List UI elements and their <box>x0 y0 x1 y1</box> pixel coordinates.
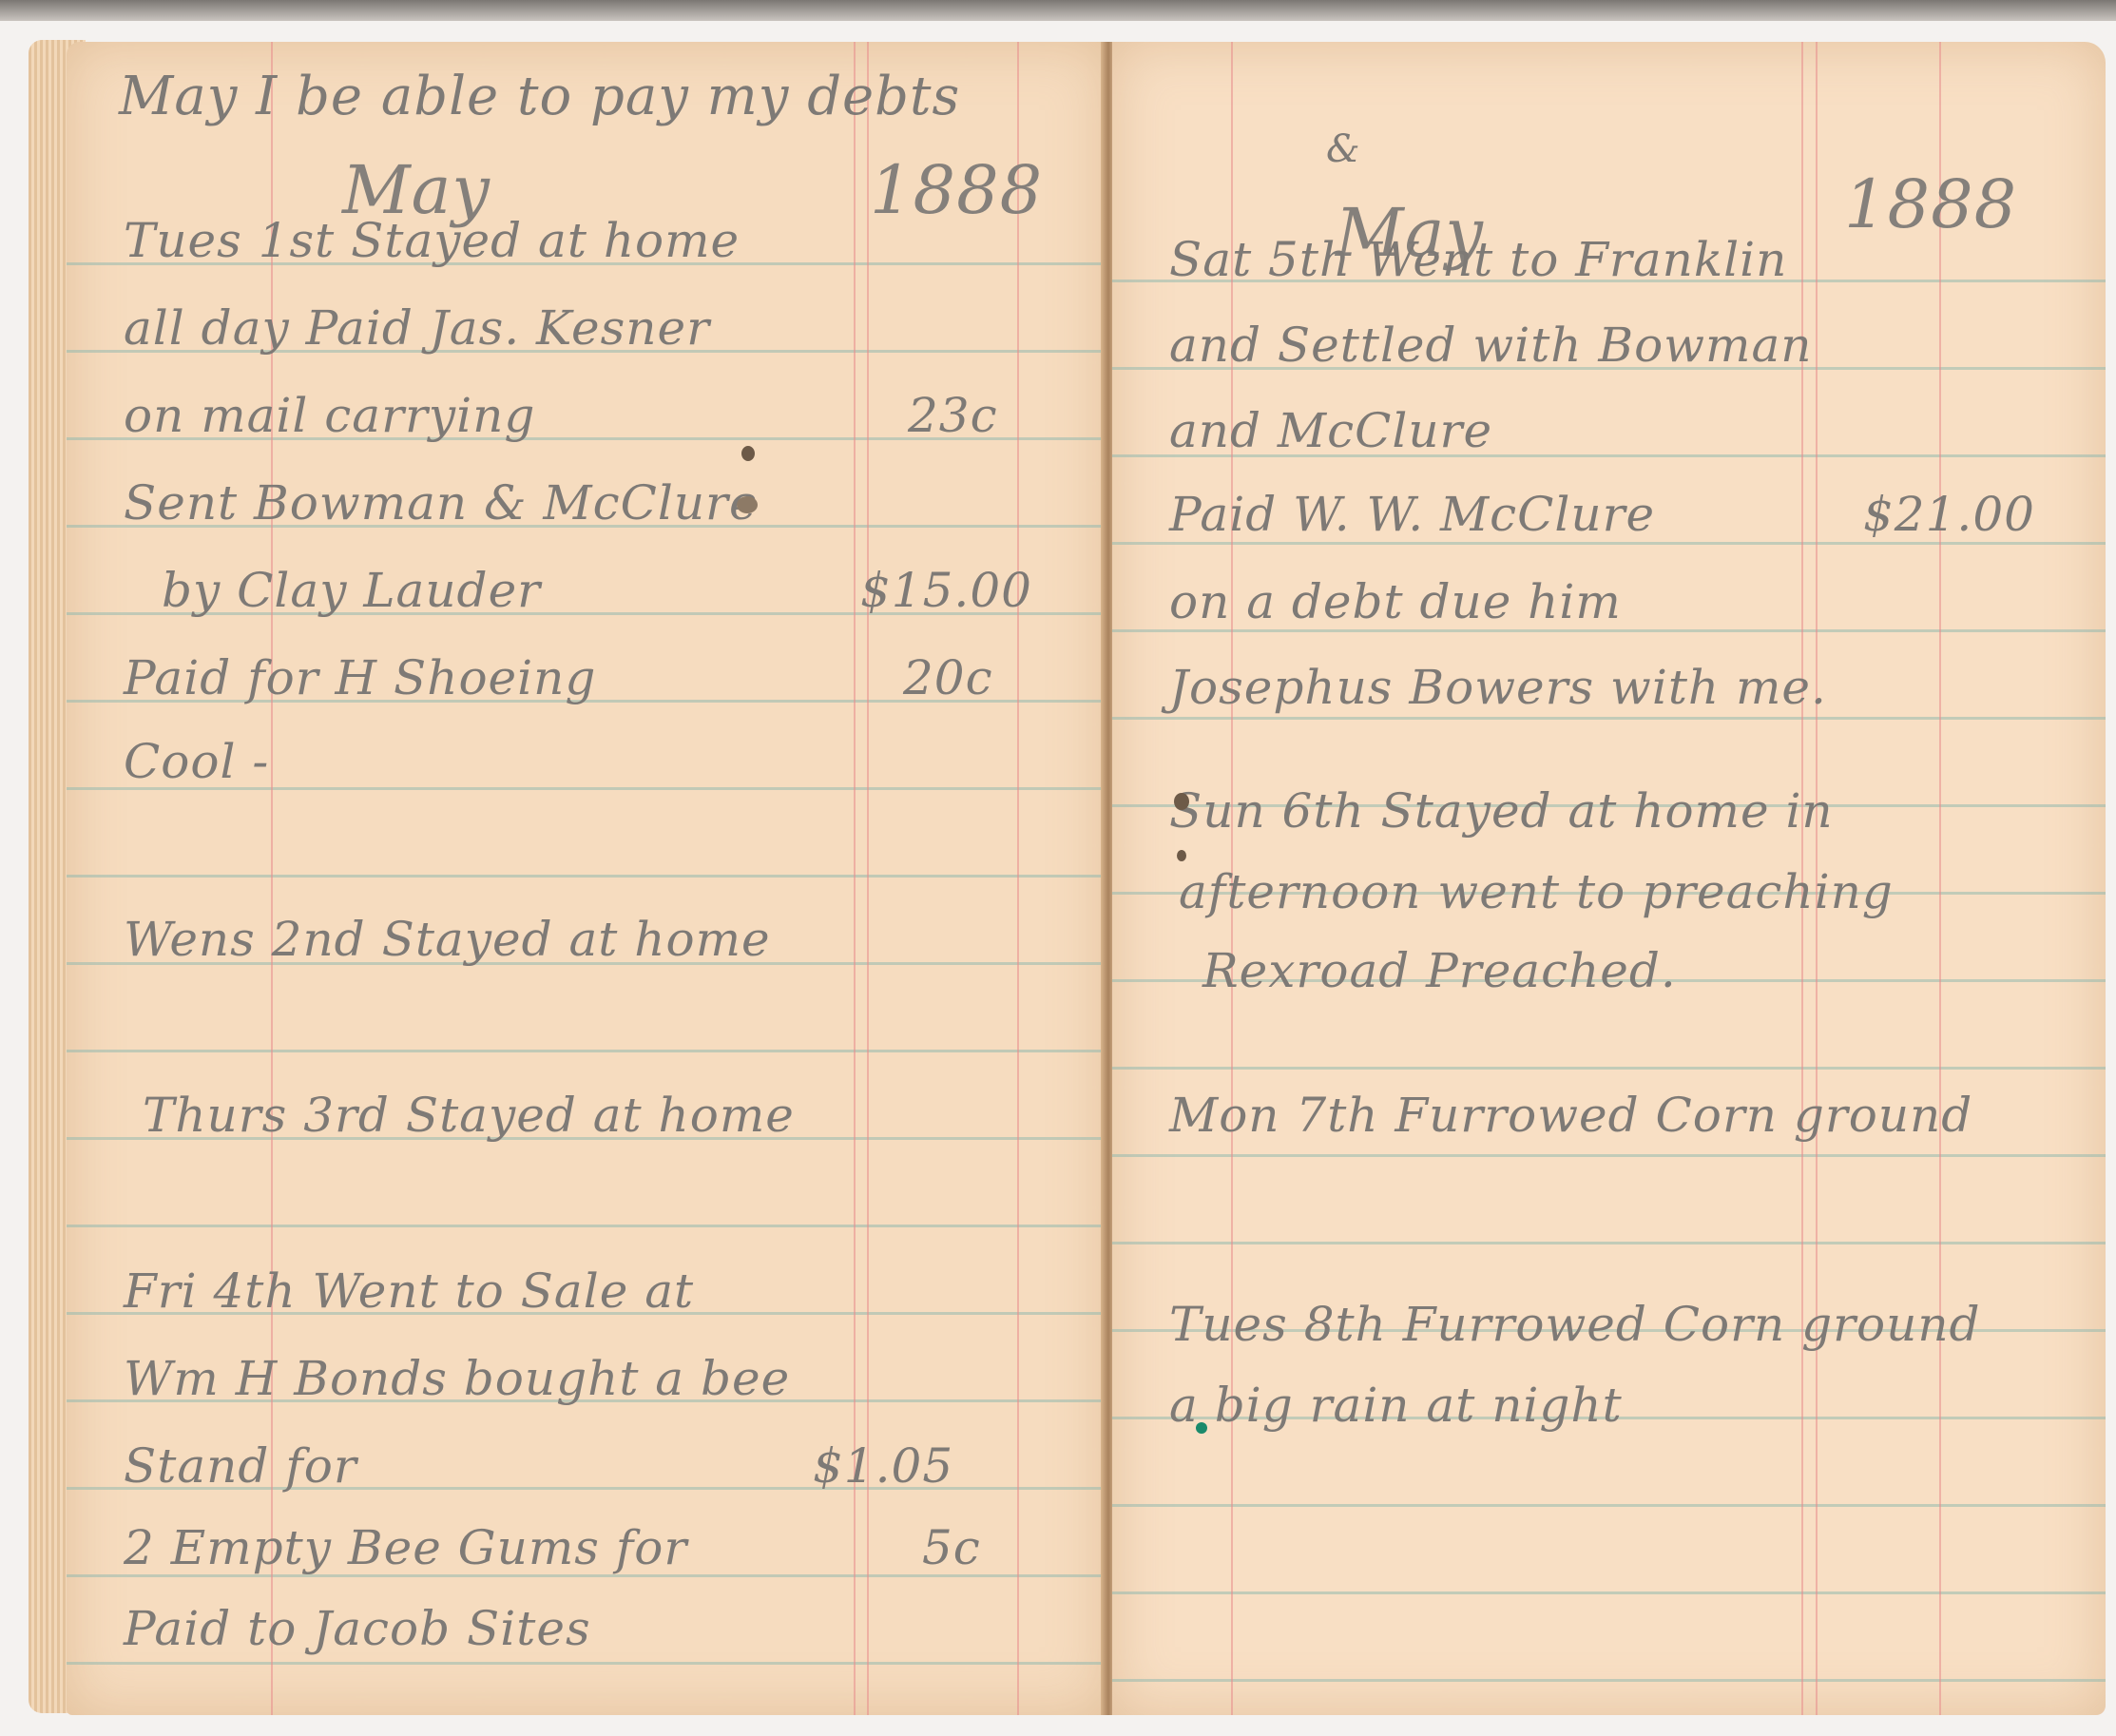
year-heading: 1888 <box>870 151 1043 229</box>
ink-spot <box>737 496 758 513</box>
ink-spot <box>1177 850 1186 861</box>
ruled-line <box>1112 1067 2106 1070</box>
entry-amount: 5c <box>922 1520 981 1575</box>
entry-line: on mail carrying <box>124 388 535 443</box>
entry-line: Paid for H Shoeing <box>124 650 596 705</box>
margin-line <box>1939 42 1941 1715</box>
entry-line: Tues 1st Stayed at home <box>124 213 740 268</box>
ink-spot <box>1174 793 1189 810</box>
entry-line: Sun 6th Stayed at home in <box>1169 783 1834 839</box>
ruled-line <box>1112 1504 2106 1507</box>
entry-line: Thurs 3rd Stayed at home <box>143 1088 795 1143</box>
entry-line: Wm H Bonds bought a bee <box>124 1351 790 1406</box>
ruled-line <box>67 1225 1107 1227</box>
entry-line: Mon 7th Furrowed Corn ground <box>1169 1088 1972 1143</box>
entry-line: Cool - <box>124 734 269 789</box>
scanner-edge <box>0 0 2116 21</box>
ruled-line <box>1112 629 2106 632</box>
ruled-line <box>1112 1154 2106 1157</box>
entry-line: Sat 5th Went to Franklin <box>1169 232 1787 287</box>
ruled-line <box>67 875 1107 878</box>
ruled-line <box>1112 1591 2106 1594</box>
ruled-line <box>1112 717 2106 720</box>
entry-line: by Clay Lauder <box>162 563 541 618</box>
year-heading: 1888 <box>1844 165 2017 243</box>
entry-line: Sent Bowman & McClure <box>124 475 759 530</box>
ink-spot <box>741 446 755 461</box>
motto: May I be able to pay my debts <box>119 66 960 127</box>
entry-line: Paid to Jacob Sites <box>124 1601 591 1656</box>
page-mark: & <box>1326 127 1361 171</box>
entry-line: all day Paid Jas. Kesner <box>124 300 710 356</box>
ruled-line <box>67 1662 1107 1665</box>
open-notebook: May I be able to pay my debts May 1888 T… <box>29 23 2091 1721</box>
left-page: May I be able to pay my debts May 1888 T… <box>67 42 1107 1715</box>
entry-line: afternoon went to preaching <box>1179 864 1894 919</box>
green-ink-dot <box>1196 1422 1207 1434</box>
entry-amount: $1.05 <box>813 1438 953 1494</box>
entry-amount: $21.00 <box>1863 487 2035 542</box>
entry-line: Fri 4th Went to Sale at <box>124 1263 694 1319</box>
entry-line: 2 Empty Bee Gums for <box>124 1520 687 1575</box>
ruled-line <box>1112 1679 2106 1682</box>
entry-line: Stand for <box>124 1438 357 1494</box>
entry-line: Tues 8th Furrowed Corn ground <box>1169 1297 1981 1352</box>
entry-amount: 23c <box>908 388 998 443</box>
entry-line: Wens 2nd Stayed at home <box>124 912 771 967</box>
entry-line: and McClure <box>1169 403 1492 458</box>
ruled-line <box>67 1050 1107 1052</box>
entry-line: a big rain at night <box>1169 1378 1623 1433</box>
entry-line: and Settled with Bowman <box>1169 318 1812 373</box>
entry-line: on a debt due him <box>1169 574 1622 629</box>
ruled-line <box>1112 542 2106 545</box>
entry-amount: 20c <box>903 650 993 705</box>
entry-line: Rexroad Preached. <box>1202 943 1677 998</box>
entry-line: Josephus Bowers with me. <box>1169 660 1827 715</box>
margin-line <box>1017 42 1019 1715</box>
entry-amount: $15.00 <box>860 563 1032 618</box>
right-page: & May 1888 Sat 5th Went to Franklin and … <box>1112 42 2106 1715</box>
ruled-line <box>1112 1242 2106 1244</box>
entry-line: Paid W. W. McClure <box>1169 487 1655 542</box>
